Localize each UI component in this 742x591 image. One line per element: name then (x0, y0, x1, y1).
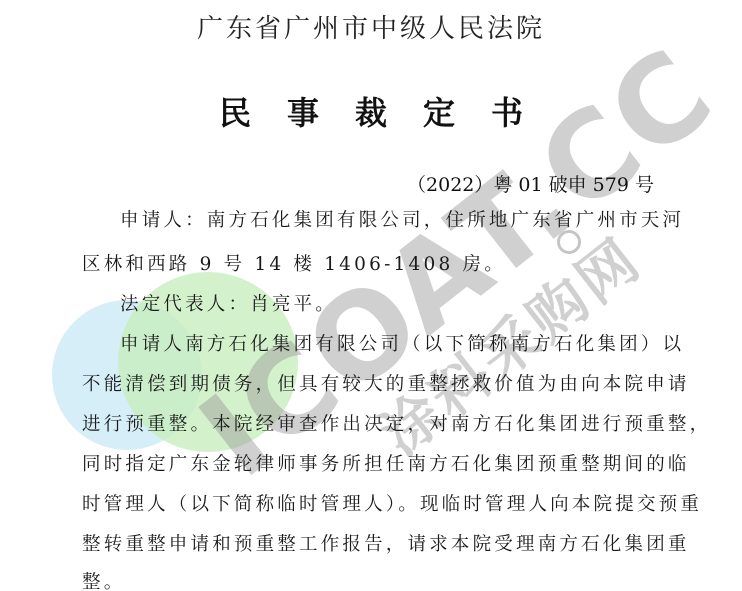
applicant-line-1: 申请人：南方石化集团有限公司，住所地广东省广州市天河 (120, 206, 684, 232)
body-line-1: 申请人南方石化集团有限公司（以下简称南方石化集团）以 (120, 330, 684, 356)
applicant-line-2: 区林和西路 9 号 14 楼 1406-1408 房。 (82, 250, 506, 276)
body-line-7: 整。 (82, 568, 125, 591)
body-line-4: 同时指定广东金轮律师事务所担任南方石化集团预重整期间的临 (82, 450, 690, 476)
document-page: ICOAT.CC 涂料采购网 广东省广州市中级人民法院 民事裁定书 （2022）… (0, 0, 742, 591)
court-name-heading: 广东省广州市中级人民法院 (0, 8, 742, 45)
body-line-6: 整转重整申请和预重整工作报告，请求本院受理南方石化集团重 (82, 530, 690, 556)
document-type-title: 民事裁定书 (0, 88, 742, 134)
case-number: （2022）粤 01 破申 579 号 (407, 170, 654, 197)
legal-representative-line: 法定代表人：肖亮平。 (120, 290, 337, 316)
registered-mark-icon (557, 230, 581, 254)
body-line-3: 进行预重整。本院经审查作出决定，对南方石化集团进行预重整， (82, 410, 711, 436)
body-line-5: 时管理人（以下简称临时管理人）。现临时管理人向本院提交预重 (82, 490, 702, 516)
body-line-2: 不能清偿到期债务，但具有较大的重整拯救价值为由向本院申请 (82, 370, 690, 396)
